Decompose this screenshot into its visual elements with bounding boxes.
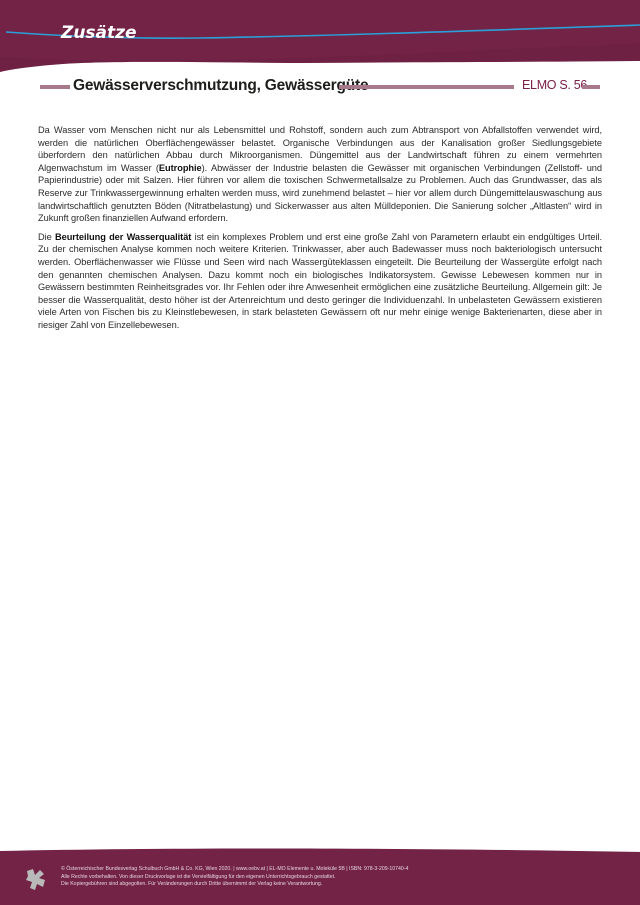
title-bar-left (40, 85, 70, 89)
header-band: Zusätze (0, 0, 640, 80)
title-row: Gewässerverschmutzung, Gewässergüte ELMO… (40, 77, 600, 95)
book-reference: ELMO S. 56 (522, 78, 587, 92)
text-segment: Die (38, 232, 55, 242)
text-segment: ist ein komplexes Problem und erst eine … (38, 232, 602, 330)
copyright-line: © Österreichischer Bundesverlag Schulbuc… (61, 866, 408, 874)
fees-line: Die Kopiergebühren sind abgegolten. Für … (61, 881, 408, 889)
rights-line: Alle Rechte vorbehalten. Von dieser Druc… (61, 874, 408, 882)
paragraph-water-pollution: Da Wasser vom Menschen nicht nur als Leb… (38, 124, 602, 225)
page-title: Gewässerverschmutzung, Gewässergüte (73, 77, 368, 95)
body-text: Da Wasser vom Menschen nicht nur als Leb… (38, 124, 602, 338)
paragraph-water-quality: Die Beurteilung der Wasserqualität ist e… (38, 231, 602, 332)
publisher-logo-icon (24, 867, 48, 891)
title-bar-right (582, 85, 600, 89)
copyright-notice: © Österreichischer Bundesverlag Schulbuc… (61, 866, 408, 889)
term-eutrophie: Eutrophie (159, 163, 202, 173)
title-bar-middle (339, 85, 514, 89)
term-beurteilung: Beurteilung der Wasserqualität (55, 232, 191, 242)
footer: © Österreichischer Bundesverlag Schulbuc… (0, 845, 640, 905)
section-label: Zusätze (61, 23, 137, 43)
